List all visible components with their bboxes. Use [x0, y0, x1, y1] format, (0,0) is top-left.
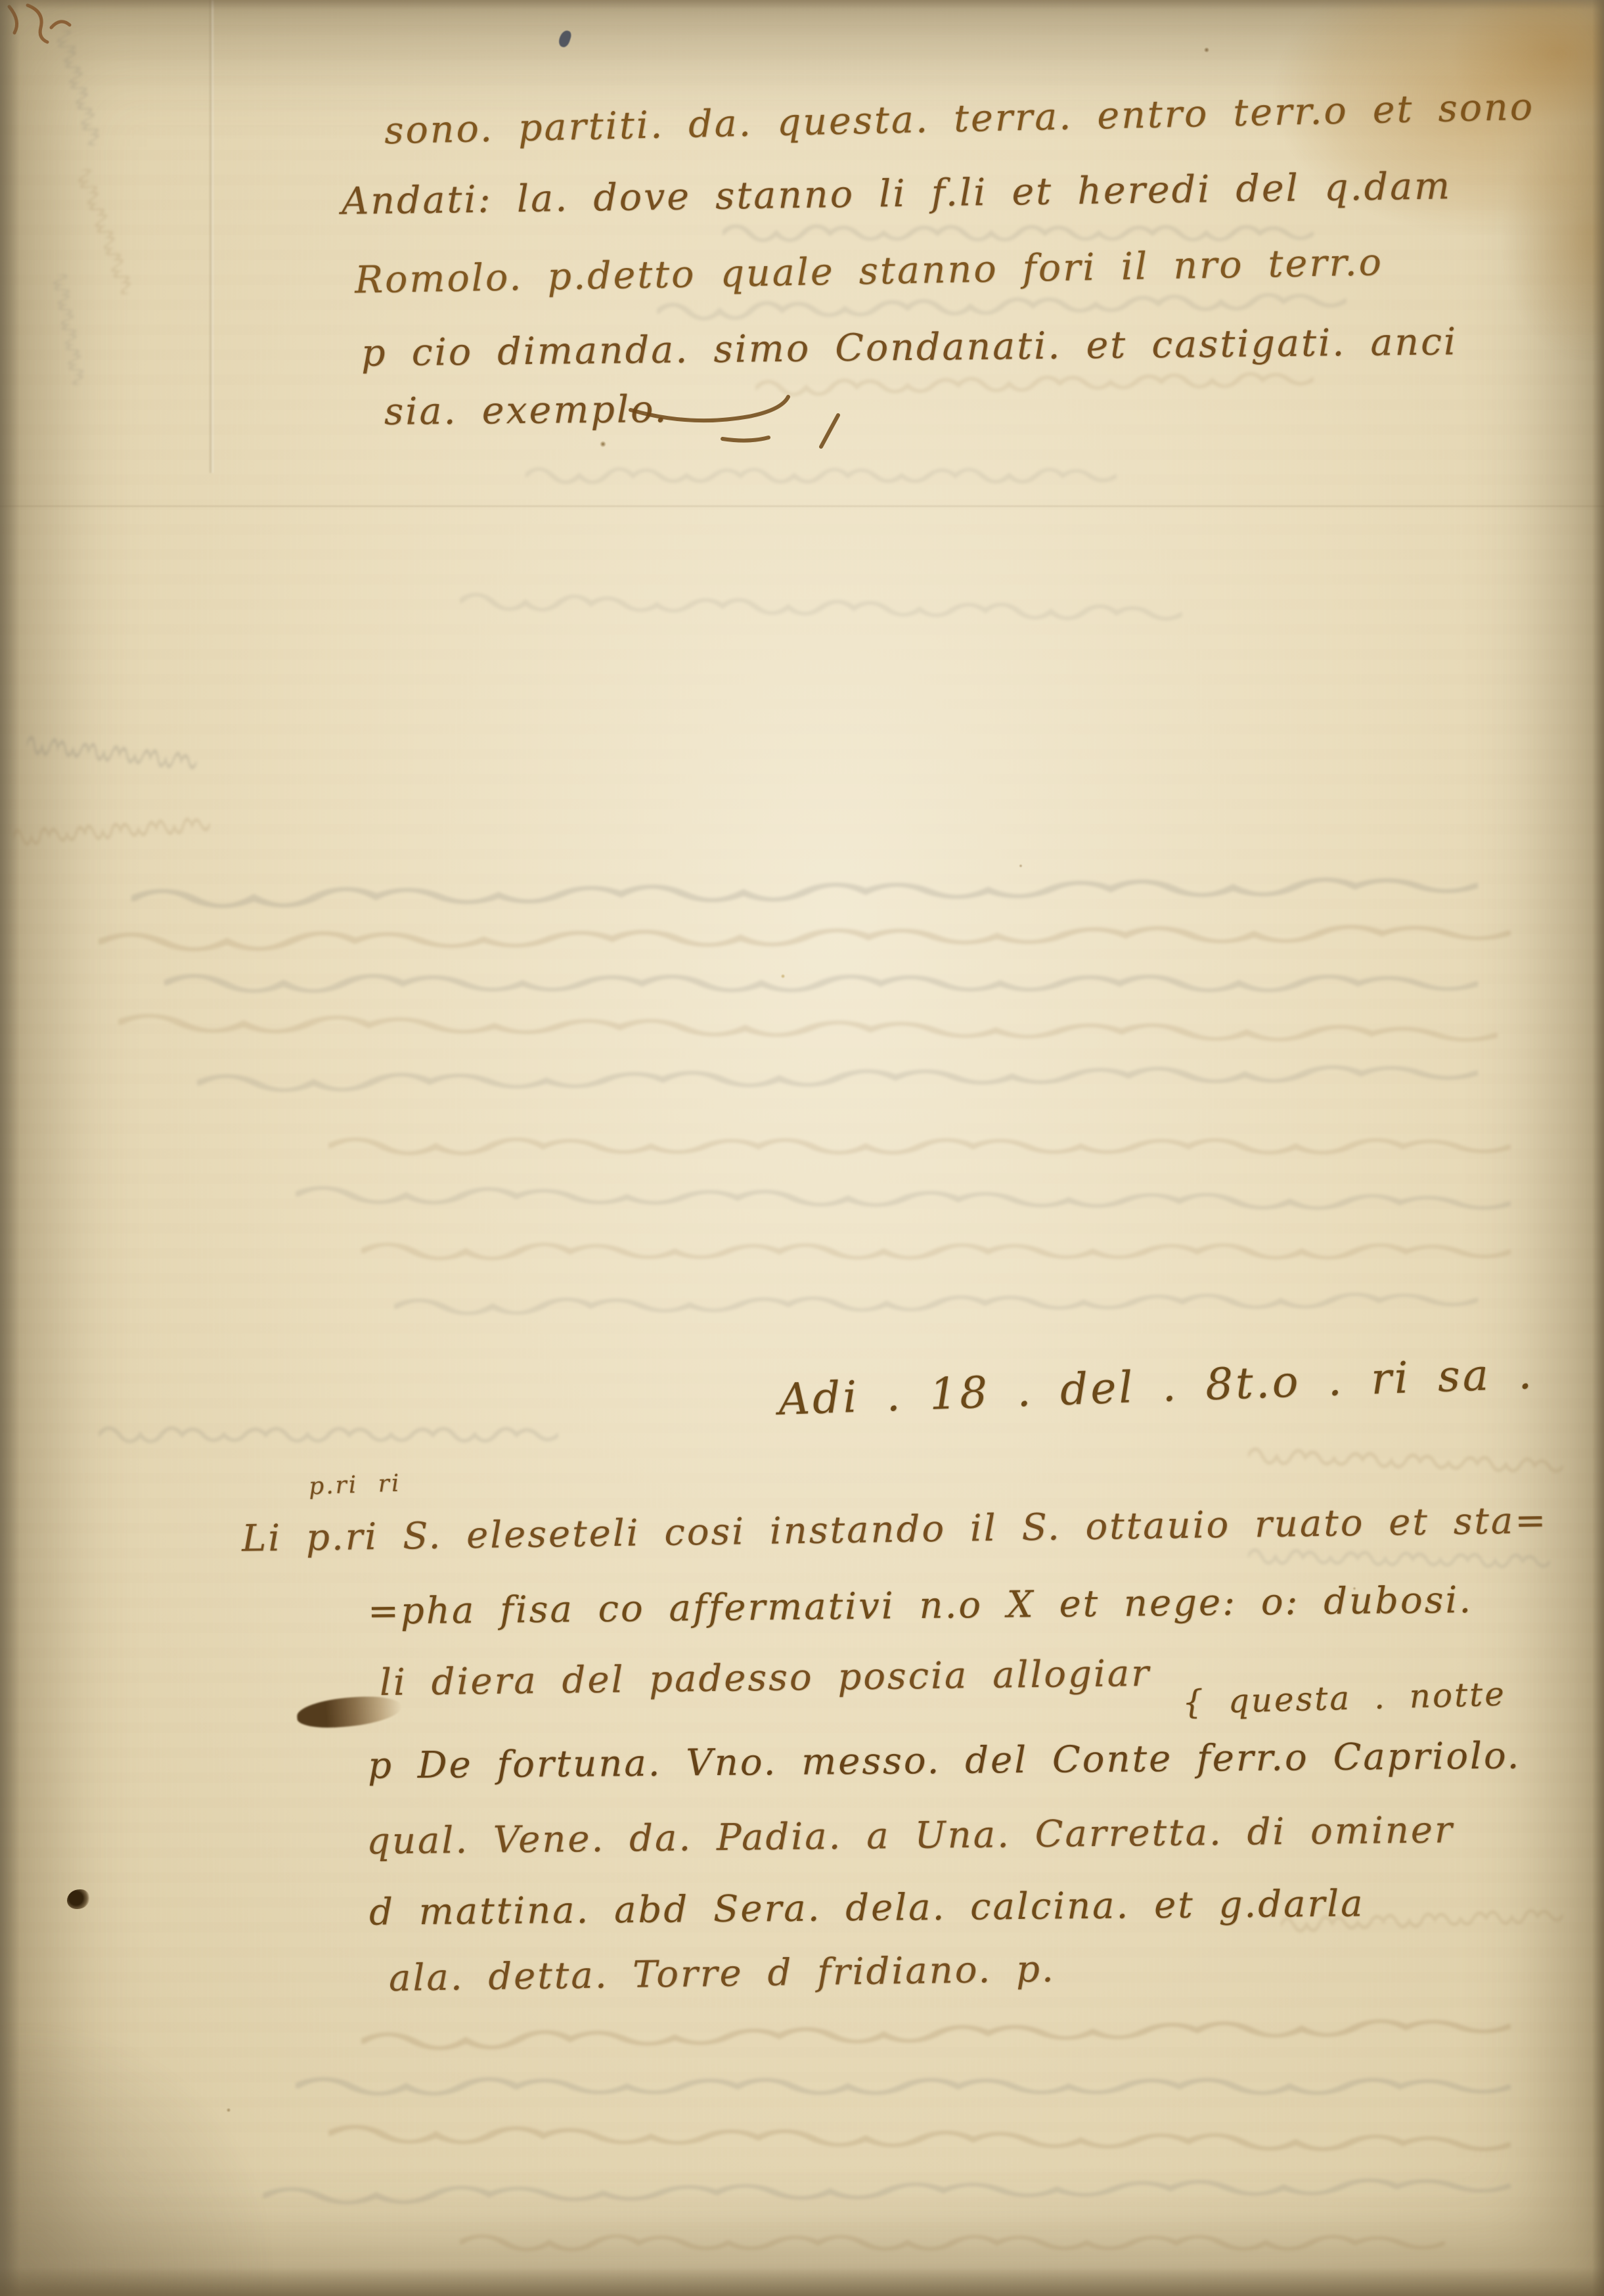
- bleed-through-squiggle: [296, 1179, 1511, 1220]
- handwritten-line: =pha fisa co affermativi n.o X et nege: …: [368, 1579, 1473, 1633]
- bleed-through-squiggle: [118, 1006, 1498, 1052]
- bleed-through-squiggle: [328, 2117, 1511, 2161]
- bleed-through-squiggle: [361, 1235, 1511, 1268]
- bleed-through-squiggle: [394, 1284, 1478, 1323]
- page-edge-right: [1592, 0, 1604, 2296]
- paper-crease-horizontal: [0, 505, 1604, 508]
- manuscript-page: sono. partiti. da. questa. terra. entro …: [0, 0, 1604, 2296]
- handwritten-line: p De fortuna. Vno. messo. del Conte ferr…: [368, 1734, 1521, 1787]
- handwritten-line: ala. detta. Torre d fridiano. p.: [389, 1948, 1056, 2000]
- page-edge-bottom: [0, 2267, 1604, 2296]
- bleed-through-squiggle: [68, 165, 142, 299]
- handwritten-line: Romolo. p.detto quale stanno fori il nro…: [355, 240, 1384, 302]
- handwritten-line: { questa . notte: [1182, 1675, 1506, 1722]
- paper-stain-bottom-left: [0, 2020, 276, 2296]
- bleed-through-squiggle: [263, 2169, 1511, 2213]
- bleed-through-squiggle: [45, 272, 93, 387]
- bleed-through-squiggle: [460, 2227, 1445, 2259]
- paper-crease-vertical: [209, 0, 214, 473]
- handwritten-line: Li p.ri S. eleseteli cosi instando il S.…: [242, 1499, 1548, 1560]
- bleed-through-squiggle: [25, 727, 198, 780]
- bleed-through-squiggle: [460, 585, 1183, 630]
- bleed-through-squiggle: [99, 1419, 558, 1451]
- bleed-through-squiggle: [361, 2009, 1511, 2059]
- handwritten-line: Andati: la. dove stanno li f.li et hered…: [342, 164, 1452, 223]
- page-edge-left: [0, 0, 20, 2296]
- bleed-through-squiggle: [197, 1055, 1478, 1100]
- bleed-through-squiggle: [12, 808, 212, 855]
- bleed-through-squiggle: [47, 27, 110, 149]
- handwritten-line: sono. partiti. da. questa. terra. entro …: [384, 85, 1535, 153]
- paper-stain-top-right: [1039, 0, 1604, 434]
- bleed-through-squiggle: [1248, 1541, 1551, 1577]
- superscript-abbreviation: p.ri ri: [308, 1470, 401, 1500]
- bleed-through-squiggle: [328, 1130, 1511, 1163]
- date-line: Adi . 18 . del . 8t.o . ri sa .: [778, 1348, 1535, 1425]
- handwritten-line: d mattina. abd Sera. dela. calcina. et g…: [369, 1882, 1365, 1933]
- bleed-through-squiggle: [1247, 1440, 1563, 1483]
- bleed-through-squiggle: [131, 867, 1478, 917]
- bleed-through-squiggle: [296, 2069, 1511, 2104]
- bleed-through-squiggle: [99, 914, 1511, 960]
- handwritten-line: qual. Vene. da. Padia. a Una. Carretta. …: [367, 1809, 1454, 1862]
- ink-spot: [67, 1889, 89, 1909]
- bleed-through-squiggle: [164, 966, 1478, 1001]
- handwritten-line: li diera del padesso poscia allogiar: [380, 1652, 1151, 1704]
- bleed-through-squiggle: [525, 460, 1117, 491]
- ink-fleck: [557, 29, 572, 49]
- corner-ink-marks: [5, 1, 91, 60]
- handwritten-line: sia. exemplo.: [384, 388, 669, 434]
- handwritten-line: p cio dimanda. simo Condanati. et castig…: [361, 320, 1458, 374]
- page-edge-top: [0, 0, 1604, 9]
